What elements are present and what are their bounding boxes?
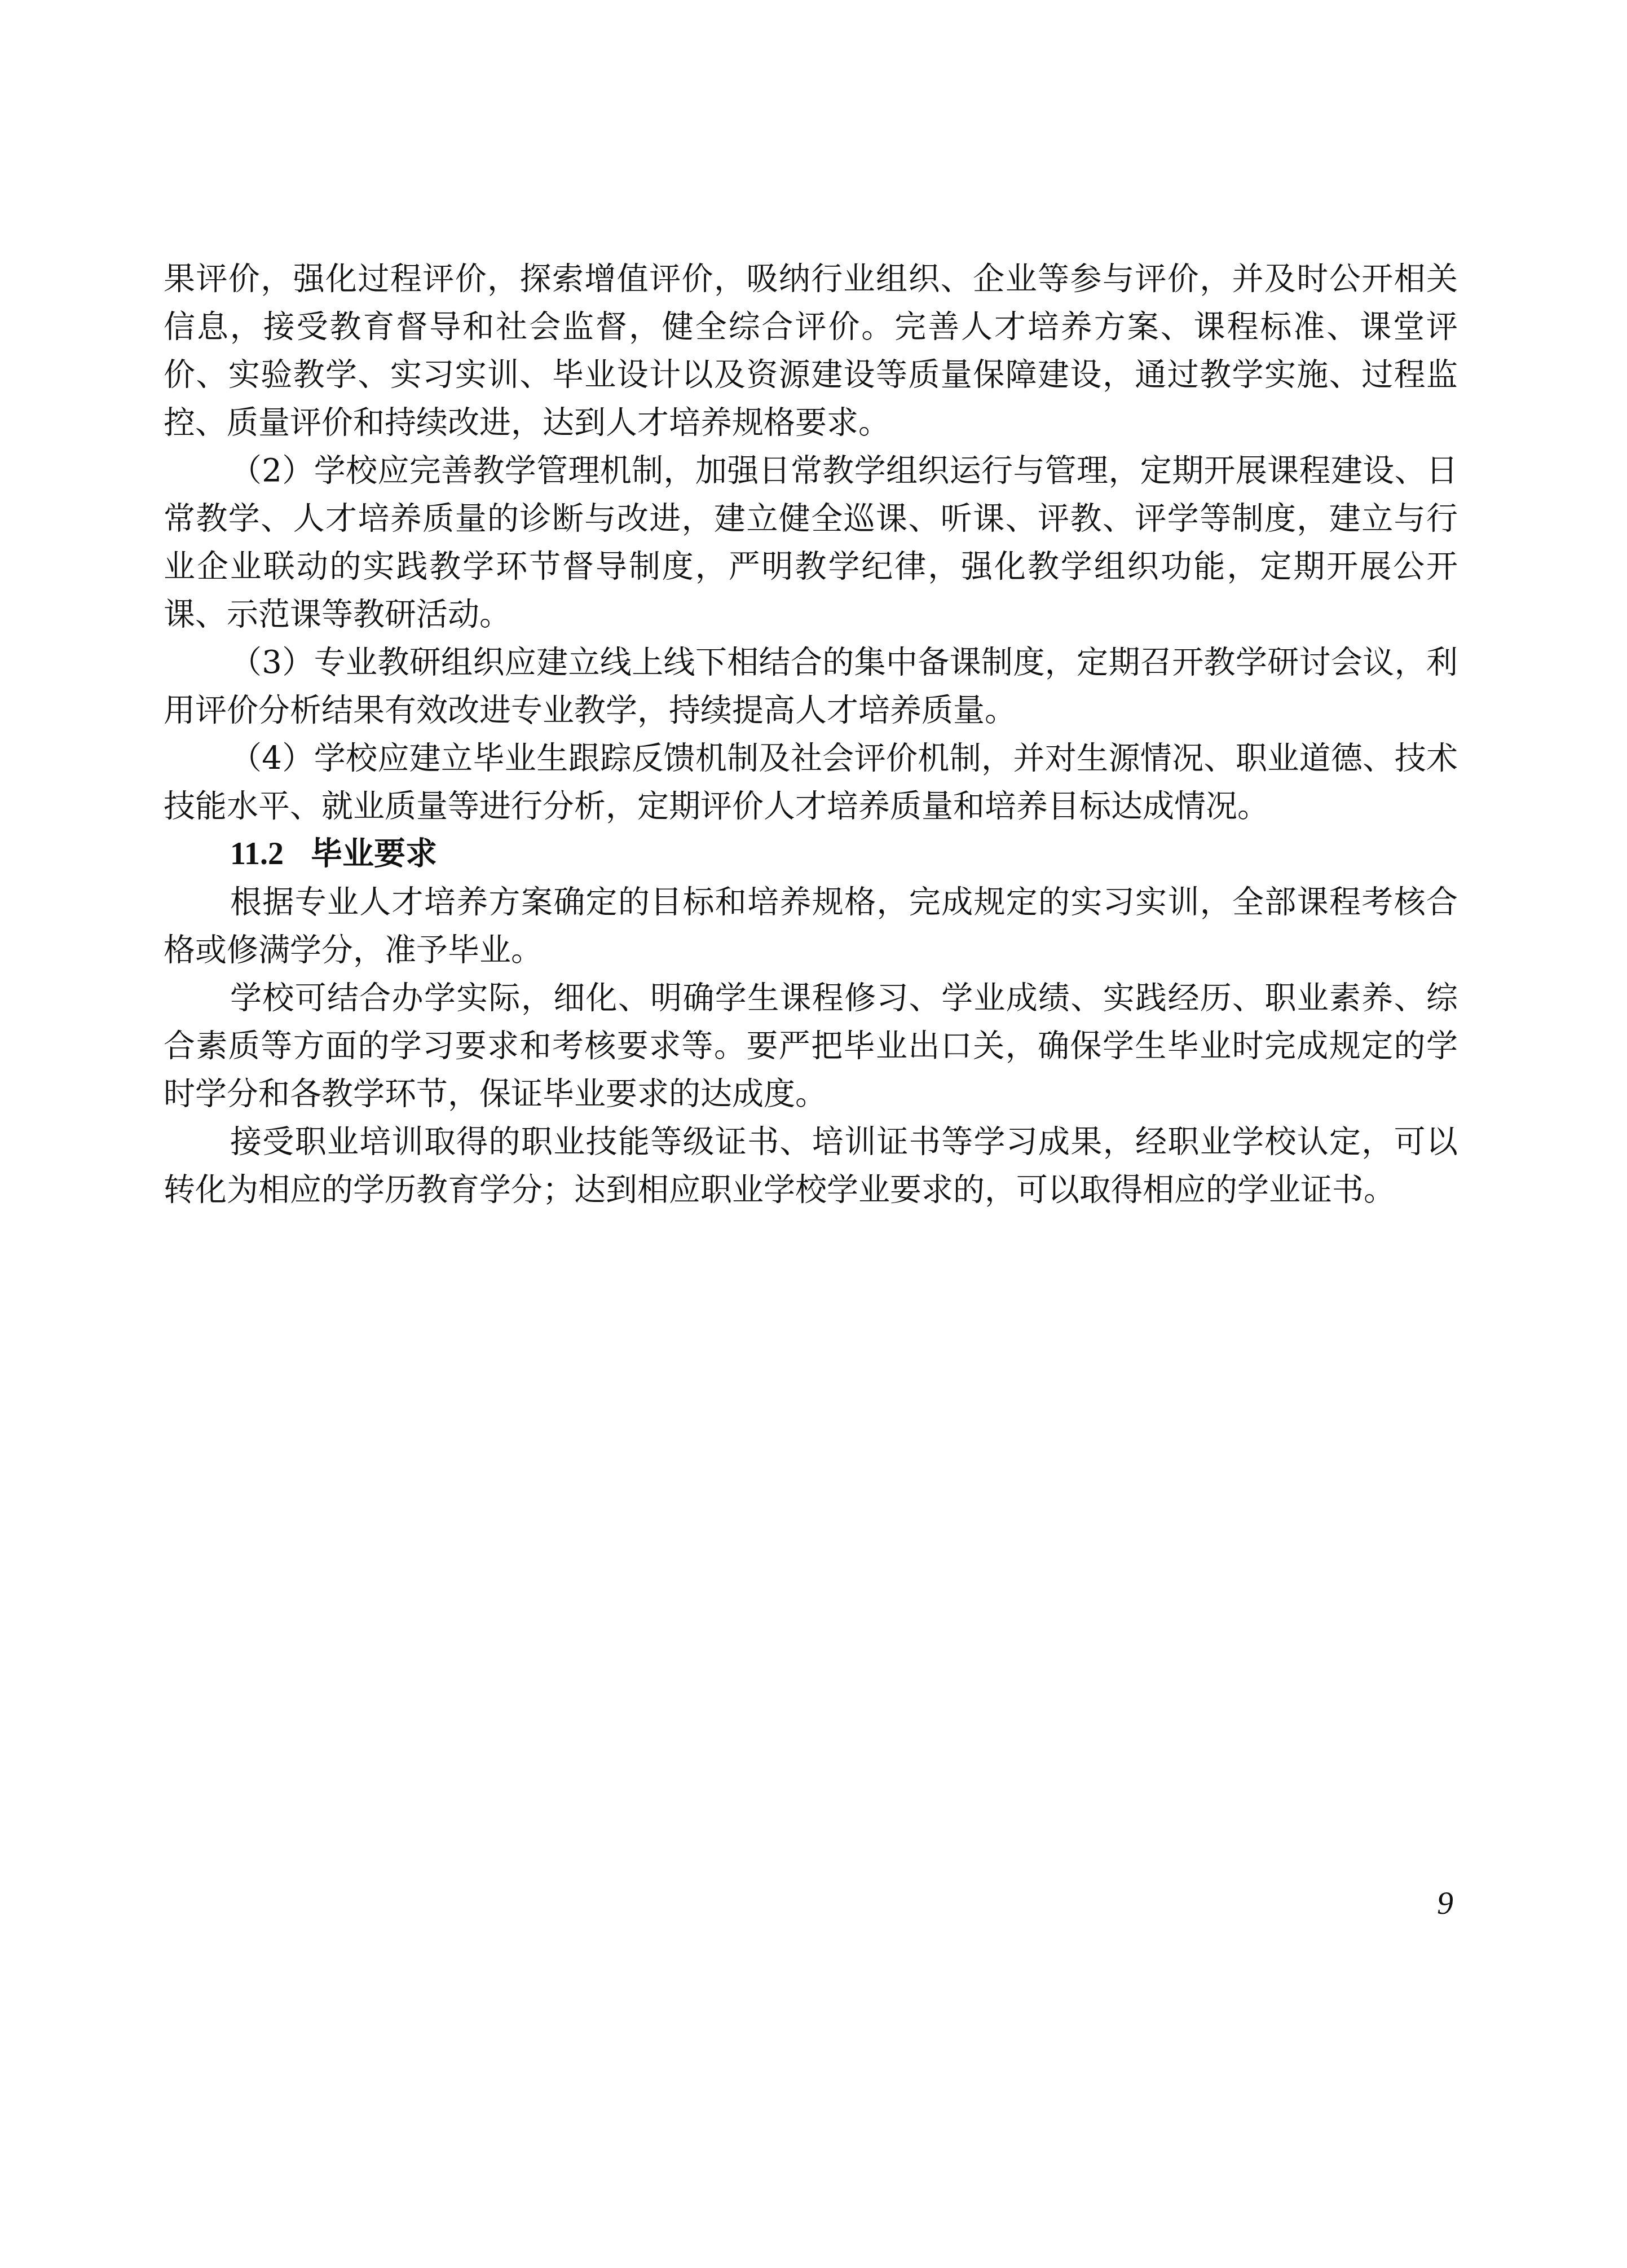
body-text: 果评价，强化过程评价，探索增值评价，吸纳行业组织、企业等参与评价，并及时公开相关… (164, 255, 1458, 1214)
paragraph-item-4-graduate-tracking: （4）学校应建立毕业生跟踪反馈机制及社会评价机制，并对生源情况、职业道德、技术技… (164, 734, 1458, 830)
paragraph-credit-conversion: 接受职业培训取得的职业技能等级证书、培训证书等学习成果，经职业学校认定，可以转化… (164, 1118, 1458, 1214)
paragraph-graduation-requirements-detail: 学校可结合办学实际，细化、明确学生课程修习、学业成绩、实践经历、职业素养、综合素… (164, 974, 1458, 1118)
paragraph-item-3-lesson-preparation: （3）专业教研组织应建立线上线下相结合的集中备课制度，定期召开教学研讨会议，利用… (164, 638, 1458, 734)
page-number: 9 (1437, 1884, 1453, 1922)
paragraph-item-2-teaching-management: （2）学校应完善教学管理机制，加强日常教学组织运行与管理，定期开展课程建设、日常… (164, 447, 1458, 638)
section-heading: 11.2毕业要求 (164, 830, 1458, 878)
section-title: 毕业要求 (311, 836, 437, 871)
section-number: 11.2 (230, 836, 284, 871)
paragraph-evaluation-continuation: 果评价，强化过程评价，探索增值评价，吸纳行业组织、企业等参与评价，并及时公开相关… (164, 255, 1458, 447)
document-page: 果评价，强化过程评价，探索增值评价，吸纳行业组织、企业等参与评价，并及时公开相关… (0, 0, 1627, 2268)
paragraph-graduation-criteria: 根据专业人才培养方案确定的目标和培养规格，完成规定的实习实训，全部课程考核合格或… (164, 878, 1458, 974)
